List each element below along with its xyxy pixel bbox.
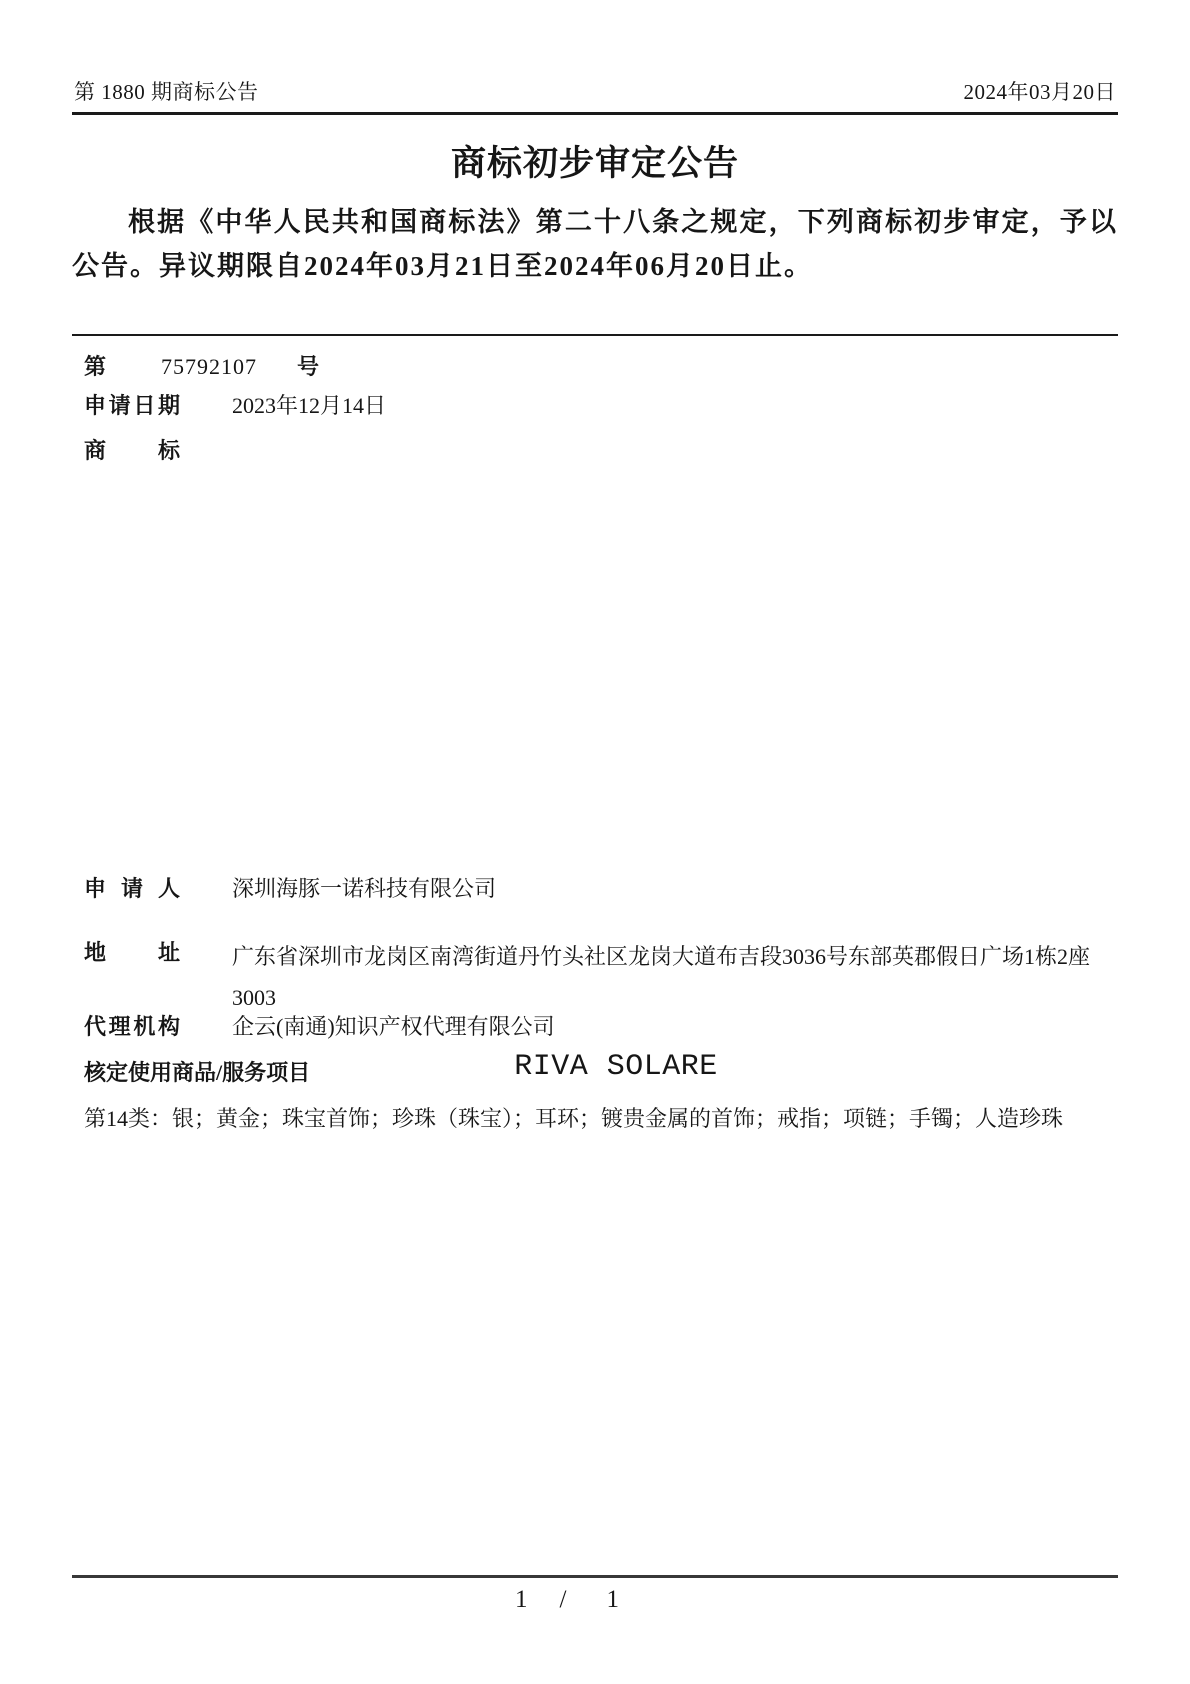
footer-divider	[72, 1575, 1118, 1578]
trademark-name-text: RIVA SOLARE	[514, 1050, 718, 1084]
record-divider	[72, 334, 1118, 336]
page-number: 1/1	[0, 1586, 1190, 1614]
gazette-issue-label: 第 1880 期商标公告	[74, 76, 259, 106]
gazette-date-label: 2024年03月20日	[964, 76, 1117, 106]
applicant-row: 申请人深圳海豚一诺科技有限公司	[84, 872, 496, 903]
page-number-group: 1/1	[515, 1586, 619, 1613]
applicant-value: 深圳海豚一诺科技有限公司	[232, 872, 496, 903]
registration-number-row: 第75792107号	[84, 350, 319, 381]
address-label: 地址	[84, 936, 180, 967]
gazette-page: 第 1880 期商标公告 2024年03月20日 商标初步审定公告 根据《中华人…	[0, 0, 1190, 1684]
applicant-label: 申请人	[84, 872, 180, 903]
header-divider	[72, 112, 1118, 115]
agency-label: 代理机构	[84, 1010, 180, 1041]
application-date-row: 申请日期2023年12月14日	[84, 389, 386, 420]
total-pages: 1	[606, 1586, 619, 1613]
agency-row: 代理机构企云(南通)知识产权代理有限公司	[84, 1010, 555, 1041]
intro-paragraph: 根据《中华人民共和国商标法》第二十八条之规定，下列商标初步审定，予以公告。异议期…	[72, 200, 1118, 288]
registration-number-suffix: 号	[297, 354, 319, 379]
registration-number-prefix: 第	[84, 354, 106, 379]
trademark-image-area: RIVA SOLARE	[72, 460, 1118, 860]
application-date-value: 2023年12月14日	[232, 389, 386, 420]
agency-value: 企云(南通)知识产权代理有限公司	[232, 1010, 555, 1041]
goods-services-heading: 核定使用商品/服务项目	[84, 1056, 310, 1087]
address-row: 地址广东省深圳市龙岗区南湾街道丹竹头社区龙岗大道布吉段3036号东部英郡假日广场…	[84, 936, 1120, 1018]
address-value: 广东省深圳市龙岗区南湾街道丹竹头社区龙岗大道布吉段3036号东部英郡假日广场1栋…	[232, 936, 1120, 1018]
current-page: 1	[515, 1586, 528, 1613]
application-date-label: 申请日期	[84, 389, 180, 420]
goods-services-list: 第14类：银；黄金；珠宝首饰；珍珠（珠宝）；耳环；镀贵金属的首饰；戒指；项链；手…	[84, 1099, 1120, 1139]
page-separator: /	[560, 1586, 567, 1613]
registration-number: 75792107	[161, 354, 257, 379]
document-title: 商标初步审定公告	[0, 136, 1190, 186]
